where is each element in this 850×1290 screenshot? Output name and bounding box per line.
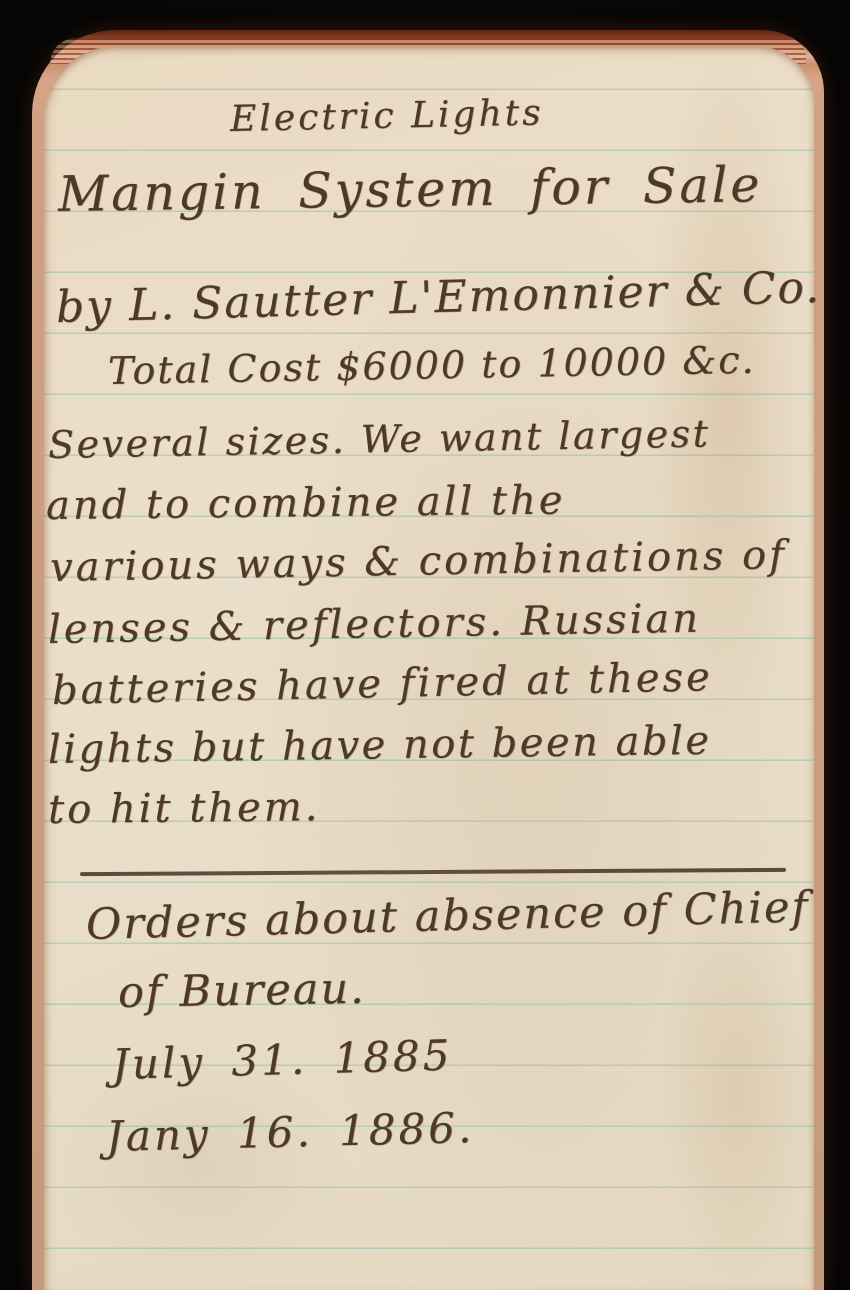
handwritten-date-line: Jany 16. 1886. [105,1107,474,1158]
handwritten-line: and to combine all the [46,481,566,526]
handwritten-line: Several sizes. We want largest [48,414,711,464]
handwritten-line: Total Cost $6000 to 10000 &c. [108,341,756,390]
handwritten-line: various ways & combinations of [50,535,788,588]
handwritten-line-title: Electric Lights [230,95,544,138]
handwritten-divider-rule [80,868,786,876]
handwritten-line: Mangin System for Sale [58,160,763,219]
handwritten-line: lights but have not been able [48,721,712,770]
handwritten-line: batteries have fired at these [52,657,713,711]
notebook-page: Electric Lights Mangin System for Sale b… [44,46,814,1290]
handwritten-line: to hit them. [48,787,321,830]
handwritten-line: of Bureau. [118,968,366,1015]
handwritten-line: by L. Sautter L'Emonnier & Co. [55,266,821,330]
handwritten-date-line: July 31. 1885 [111,1035,452,1086]
handwritten-line: lenses & reflectors. Russian [48,599,702,650]
handwritten-line: Orders about absence of Chief [85,886,809,947]
photo-background: Electric Lights Mangin System for Sale b… [0,0,850,1290]
